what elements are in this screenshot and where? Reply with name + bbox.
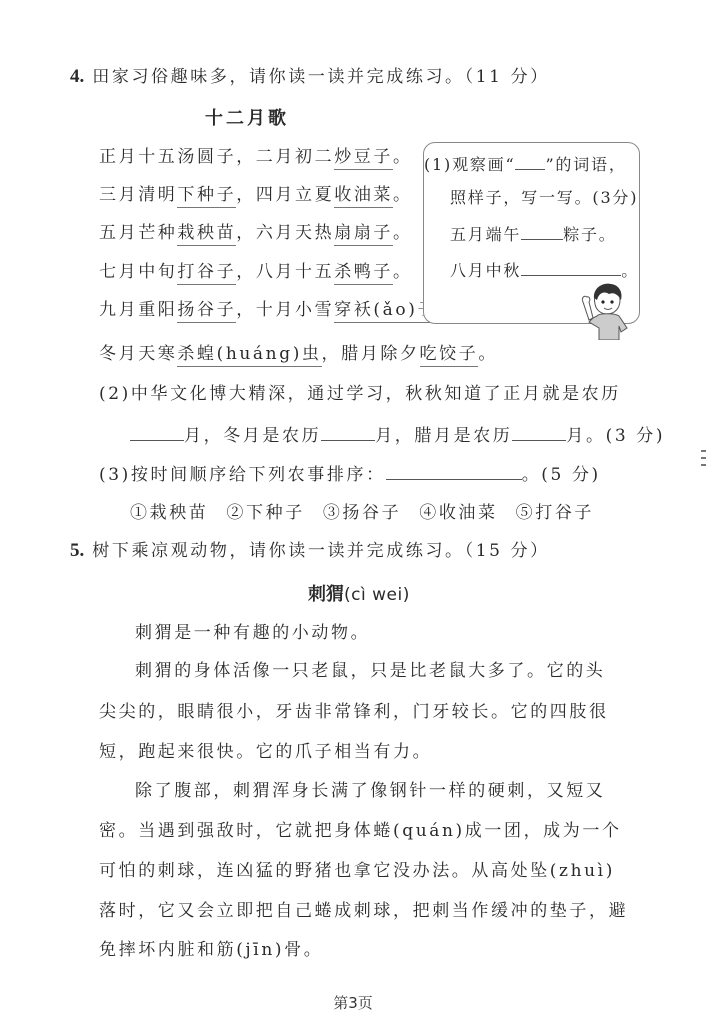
sub3-prompt: (3)按时间顺序给下列农事排序：。(5 分) bbox=[99, 463, 601, 486]
poem-text: ，腊月除夕 bbox=[322, 344, 420, 364]
sub1-text: ”的词语， bbox=[545, 155, 626, 174]
underlined-phrase: 栽秧苗 bbox=[177, 223, 236, 246]
sub1-text: 粽子。 bbox=[563, 225, 616, 244]
poem-title: 十二月歌 bbox=[205, 104, 289, 130]
paragraph-3-line-5: 免摔坏内脏和筋(jīn)骨。 bbox=[99, 939, 323, 961]
sub1-text: 。 bbox=[621, 261, 639, 280]
sub2-text: 月，腊月是农历 bbox=[375, 426, 512, 446]
question-number: 5. bbox=[70, 540, 84, 561]
underlined-phrase: 打谷子 bbox=[177, 262, 236, 285]
poem-text: 正月十五汤圆子，二月初二 bbox=[99, 147, 334, 167]
poem-line-6: 冬月天寒杀蝗(huáng)虫，腊月除夕吃饺子。 bbox=[99, 343, 498, 365]
sub2-line-2: 月，冬月是农历月，腊月是农历月。(3 分) bbox=[130, 424, 665, 447]
underlined-phrase: 吃饺子 bbox=[420, 344, 479, 367]
sub3-text: 。(5 分) bbox=[522, 465, 601, 485]
question-text: 田家习俗趣味多，请你读一读并完成练习。（11 分） bbox=[92, 67, 550, 87]
option-1: ①栽秧苗 bbox=[130, 503, 208, 523]
edge-mark bbox=[701, 450, 706, 452]
underlined-phrase: 穿袄(ǎo)子 bbox=[334, 300, 437, 323]
poem-text: ，四月立夏 bbox=[236, 185, 334, 205]
sub2-line-1: (2)中华文化博大精深，通过学习，秋秋知道了正月就是农历 bbox=[99, 383, 621, 405]
option-5: ⑤打谷子 bbox=[516, 503, 594, 523]
question-4-prompt: 4.田家习俗趣味多，请你读一读并完成练习。（11 分） bbox=[70, 66, 550, 88]
sub2-text: 月，冬月是农历 bbox=[184, 426, 321, 446]
answer-blank-la-month[interactable] bbox=[512, 424, 566, 441]
answer-blank-mid-autumn[interactable] bbox=[521, 259, 621, 276]
sub1-text: 八月中秋 bbox=[450, 261, 521, 280]
paragraph-3-line-2: 密。当遇到强敌时，它就把身体蜷(quán)成一团，成为一个 bbox=[99, 820, 622, 842]
poem-text: ，六月天热 bbox=[236, 223, 334, 243]
poem-line-3: 五月芒种栽秧苗，六月天热扇扇子。 bbox=[99, 222, 413, 244]
edge-mark bbox=[701, 457, 706, 459]
sub1-text: (1)观察画“ bbox=[424, 155, 515, 174]
sub1-text: 照样子，写一写。(3分) bbox=[450, 188, 638, 207]
paragraph-3-line-3: 可怕的刺球，连凶猛的野猪也拿它没办法。从高处坠(zhuì) bbox=[99, 860, 615, 882]
option-3: ③扬谷子 bbox=[323, 503, 401, 523]
sub1-line-2: 照样子，写一写。(3分) bbox=[450, 187, 638, 209]
sub1-line-3: 五月端午粽子。 bbox=[450, 223, 617, 246]
option-2: ②下种子 bbox=[226, 503, 304, 523]
page-number: 第3页 bbox=[0, 992, 706, 1013]
sub3-options: ①栽秧苗②下种子③扬谷子④收油菜⑤打谷子 bbox=[130, 502, 594, 524]
poem-punct: 。 bbox=[393, 262, 413, 282]
cartoon-boy-icon bbox=[575, 282, 635, 340]
sub1-line-1: (1)观察画“”的词语， bbox=[424, 153, 627, 176]
poem-line-2: 三月清明下种子，四月立夏收油菜。 bbox=[99, 184, 413, 206]
underlined-phrase: 杀蝗(huáng)虫 bbox=[177, 344, 321, 367]
poem-line-1: 正月十五汤圆子，二月初二炒豆子。 bbox=[99, 146, 413, 168]
option-4: ④收油菜 bbox=[419, 503, 497, 523]
poem-punct: 。 bbox=[393, 147, 413, 167]
paragraph-3-line-1: 除了腹部，刺猬浑身长满了像钢针一样的硬刺，又短又 bbox=[135, 780, 605, 802]
underlined-phrase: 杀鸭子 bbox=[334, 262, 393, 285]
underlined-phrase: 收油菜 bbox=[334, 185, 393, 208]
poem-text: 九月重阳 bbox=[99, 300, 177, 320]
poem-punct: 。 bbox=[393, 185, 413, 205]
sub1-text: 五月端午 bbox=[450, 225, 521, 244]
poem-text: 七月中旬 bbox=[99, 262, 177, 282]
answer-blank-first-month[interactable] bbox=[130, 424, 184, 441]
poem-text: ，八月十五 bbox=[236, 262, 334, 282]
paragraph-1: 刺猬是一种有趣的小动物。 bbox=[135, 622, 370, 644]
underline-sample bbox=[515, 153, 545, 170]
edge-mark bbox=[701, 464, 706, 466]
sub3-text: (3)按时间顺序给下列农事排序： bbox=[99, 465, 386, 485]
poem-line-4: 七月中旬打谷子，八月十五杀鸭子。 bbox=[99, 261, 413, 283]
poem-line-5: 九月重阳扬谷子，十月小雪穿袄(ǎo)子。 bbox=[99, 299, 457, 321]
poem-text: 五月芒种 bbox=[99, 223, 177, 243]
paragraph-2-line-1: 刺猬的身体活像一只老鼠，只是比老鼠大多了。它的头 bbox=[135, 660, 605, 682]
answer-blank-order[interactable] bbox=[386, 463, 522, 480]
passage-title-cn: 刺猬 bbox=[308, 584, 344, 605]
passage-title-pinyin: (cì wei) bbox=[344, 585, 410, 605]
poem-text: 冬月天寒 bbox=[99, 344, 177, 364]
passage-title: 刺猬(cì wei) bbox=[308, 580, 410, 606]
question-text: 树下乘凉观动物，请你读一读并完成练习。（15 分） bbox=[92, 541, 550, 561]
underlined-phrase: 下种子 bbox=[177, 185, 236, 208]
answer-blank-winter-month[interactable] bbox=[321, 424, 375, 441]
poem-text: ，十月小雪 bbox=[236, 300, 334, 320]
sub2-text: (2)中华文化博大精深，通过学习，秋秋知道了正月就是农历 bbox=[99, 384, 621, 404]
paragraph-2-line-3: 短，跑起来很快。它的爪子相当有力。 bbox=[99, 741, 432, 763]
sub2-text: 月。(3 分) bbox=[566, 426, 665, 446]
sub1-line-4: 八月中秋。 bbox=[450, 259, 639, 282]
underlined-phrase: 扬谷子 bbox=[177, 300, 236, 323]
answer-blank-dragon-boat[interactable] bbox=[521, 223, 563, 240]
question-5-prompt: 5.树下乘凉观动物，请你读一读并完成练习。（15 分） bbox=[70, 540, 550, 562]
question-number: 4. bbox=[70, 66, 84, 87]
underlined-phrase: 扇扇子 bbox=[334, 223, 393, 246]
paragraph-3-line-4: 落时，它又会立即把自己蜷成刺球，把刺当作缓冲的垫子，避 bbox=[99, 900, 628, 922]
poem-punct: 。 bbox=[478, 344, 498, 364]
paragraph-2-line-2: 尖尖的，眼睛很小，牙齿非常锋利，门牙较长。它的四肢很 bbox=[99, 701, 609, 723]
poem-punct: 。 bbox=[393, 223, 413, 243]
poem-text: 三月清明 bbox=[99, 185, 177, 205]
underlined-phrase: 炒豆子 bbox=[334, 147, 393, 170]
